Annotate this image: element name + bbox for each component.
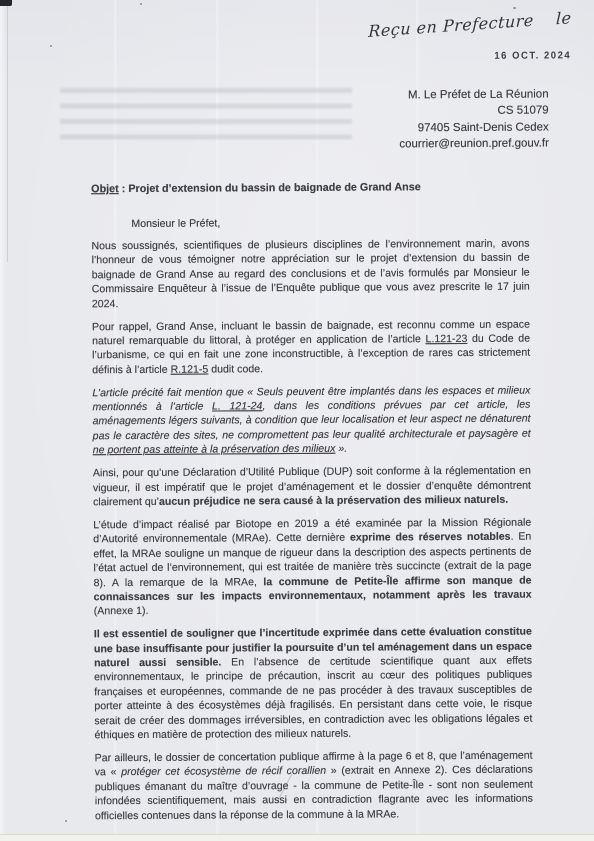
body-paragraph-appreciation: Nous soussignés, scientifiques de plusie… <box>91 237 529 312</box>
recipient-address-block: M. Le Préfet de La Réunion CS 51079 9740… <box>399 86 549 153</box>
letter-body: Nous soussignés, scientifiques de plusie… <box>91 237 533 832</box>
prefecture-date-stamp: 16 OCT. 2024 <box>494 50 571 61</box>
handwritten-note-trailing-word: le <box>556 8 572 28</box>
salutation: Monsieur le Préfet, <box>131 217 220 230</box>
recipient-line-cs: CS 51079 <box>399 103 549 120</box>
subject-line: Objet : Projet d’extension du bassin de … <box>91 181 421 195</box>
recipient-line-email: courrier@reunion.pref.gouv.fr <box>399 136 549 153</box>
body-paragraph-article-quote: L’article précité fait mention que « Seu… <box>92 383 530 458</box>
scanned-letter-page: Reçu en Prefecture le 16 OCT. 2024 M. Le… <box>0 0 594 841</box>
body-paragraph-concertation: Par ailleurs, le dossier de concertation… <box>95 749 533 824</box>
recipient-line-city: 97405 Saint-Denis Cedex <box>399 119 549 136</box>
handwritten-note-text: Reçu en Prefecture <box>368 11 534 41</box>
body-paragraph-principe-precaution: Il est essentiel de souligner que l’ince… <box>94 625 533 743</box>
recipient-line-name: M. Le Préfet de La Réunion <box>399 86 549 103</box>
handwritten-receipt-note: Reçu en Prefecture le <box>368 8 573 41</box>
body-paragraph-espace-remarquable: Pour rappel, Grand Anse, incluant le bas… <box>92 317 530 377</box>
page-bottom-edge <box>0 834 594 841</box>
body-paragraph-mrae: L’étude d’impact réalisé par Biotope en … <box>93 515 532 619</box>
body-paragraph-dup: Ainsi, pour qu’une Déclaration d’Utilité… <box>93 464 531 510</box>
